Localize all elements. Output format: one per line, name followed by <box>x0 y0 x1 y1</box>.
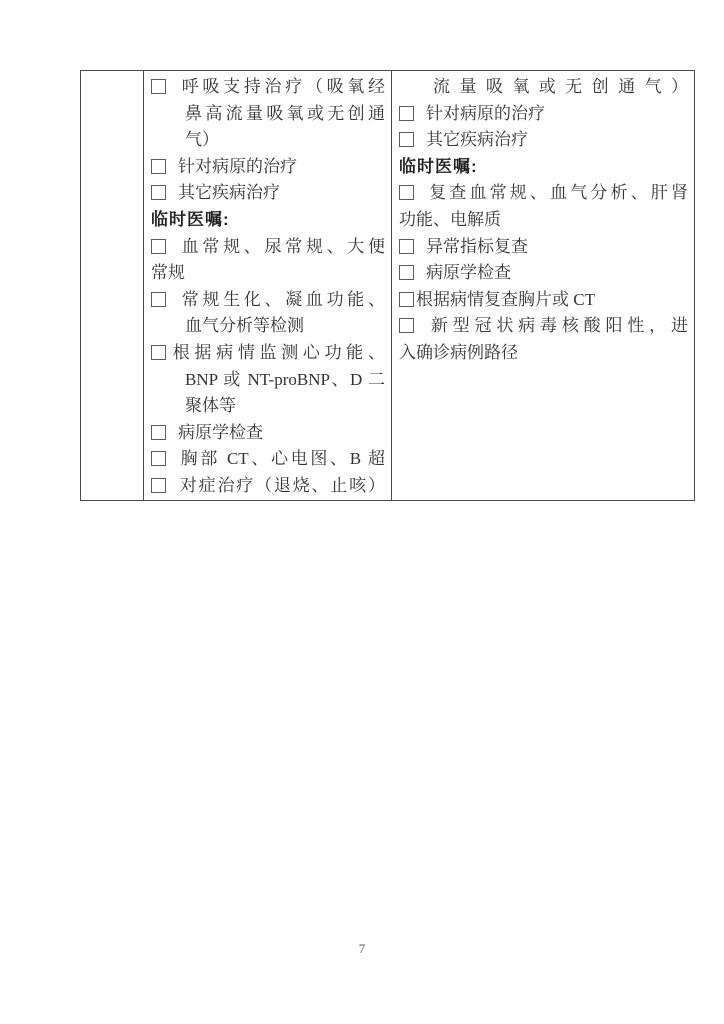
checkbox-item: 根据病情复查胸片或 CT <box>399 287 688 314</box>
line-text: 功能、电解质 <box>399 210 501 229</box>
orders-heading: 临时医嘱: <box>399 154 688 181</box>
checkbox-item: 病原学检查 <box>151 420 385 447</box>
checkbox-item: 呼吸支持治疗（吸氧经 <box>151 74 385 101</box>
line-text: 根据病情监测心功能、 <box>168 343 385 362</box>
checkbox-item: 其它疾病治疗 <box>151 180 385 207</box>
checkbox-icon[interactable] <box>151 185 166 200</box>
line-text: 胸部 CT、心电图、B 超 <box>178 449 385 468</box>
line-text: 针对病原的治疗 <box>178 157 297 176</box>
checkbox-item: 复查血常规、血气分析、肝肾 <box>399 180 688 207</box>
row-label-cell <box>81 71 144 501</box>
line-text: 临时医嘱: <box>151 210 230 229</box>
line-text: 入确诊病例路径 <box>399 343 518 362</box>
checkbox-icon[interactable] <box>399 106 414 121</box>
line-text: 临时医嘱: <box>399 157 478 176</box>
line-text: 异常指标复查 <box>426 237 528 256</box>
left-orders-cell: 呼吸支持治疗（吸氧经鼻高流量吸氧或无创通气）针对病原的治疗其它疾病治疗临时医嘱:… <box>144 71 392 501</box>
checkbox-item: 根据病情监测心功能、 <box>151 340 385 367</box>
checkbox-item: 血常规、尿常规、大便 <box>151 234 385 261</box>
order-text-line: 常规 <box>151 260 385 287</box>
line-text: 新型冠状病毒核酸阳性，进 <box>426 316 688 335</box>
line-text: 复查血常规、血气分析、肝肾 <box>426 183 688 202</box>
right-orders-lines: 流量吸氧或无创通气）针对病原的治疗其它疾病治疗临时医嘱:复查血常规、血气分析、肝… <box>399 74 688 367</box>
orders-row: 呼吸支持治疗（吸氧经鼻高流量吸氧或无创通气）针对病原的治疗其它疾病治疗临时医嘱:… <box>81 71 695 501</box>
order-text-line: 功能、电解质 <box>399 207 688 234</box>
checkbox-item: 新型冠状病毒核酸阳性，进 <box>399 313 688 340</box>
checkbox-icon[interactable] <box>399 132 414 147</box>
right-orders-cell: 流量吸氧或无创通气）针对病原的治疗其它疾病治疗临时医嘱:复查血常规、血气分析、肝… <box>392 71 695 501</box>
checkbox-icon[interactable] <box>399 318 414 333</box>
checkbox-icon[interactable] <box>151 345 166 360</box>
order-text-line: 气） <box>151 127 385 154</box>
checkbox-item: 胸部 CT、心电图、B 超 <box>151 446 385 473</box>
line-text: 根据病情复查胸片或 CT <box>416 290 595 309</box>
line-text: BNP 或 NT-proBNP、D 二 <box>185 370 385 389</box>
checkbox-item: 异常指标复查 <box>399 234 688 261</box>
line-text: 鼻高流量吸氧或无创通 <box>185 104 385 123</box>
checkbox-item: 其它疾病治疗 <box>399 127 688 154</box>
checkbox-item: 针对病原的治疗 <box>151 154 385 181</box>
order-text-line: 流量吸氧或无创通气） <box>399 74 688 101</box>
line-text: 针对病原的治疗 <box>426 104 545 123</box>
orders-heading: 临时医嘱: <box>151 207 385 234</box>
line-text: 病原学检查 <box>178 423 263 442</box>
checkbox-item: 对症治疗（退烧、止咳） <box>151 473 385 500</box>
order-text-line: 鼻高流量吸氧或无创通 <box>151 101 385 128</box>
order-text-line: 聚体等 <box>151 393 385 420</box>
line-text: 呼吸支持治疗（吸氧经 <box>178 77 385 96</box>
line-text: 血常规、尿常规、大便 <box>178 237 385 256</box>
checkbox-icon[interactable] <box>151 292 166 307</box>
line-text: 其它疾病治疗 <box>426 130 528 149</box>
checkbox-icon[interactable] <box>151 159 166 174</box>
line-text: 血气分析等检测 <box>185 316 304 335</box>
medical-orders-table: 呼吸支持治疗（吸氧经鼻高流量吸氧或无创通气）针对病原的治疗其它疾病治疗临时医嘱:… <box>80 70 695 501</box>
checkbox-icon[interactable] <box>151 478 166 493</box>
left-orders-lines: 呼吸支持治疗（吸氧经鼻高流量吸氧或无创通气）针对病原的治疗其它疾病治疗临时医嘱:… <box>151 74 385 500</box>
checkbox-item: 病原学检查 <box>399 260 688 287</box>
order-text-line: 入确诊病例路径 <box>399 340 688 367</box>
checkbox-item: 常规生化、凝血功能、 <box>151 287 385 314</box>
checkbox-icon[interactable] <box>151 451 166 466</box>
checkbox-icon[interactable] <box>399 239 414 254</box>
line-text: 其它疾病治疗 <box>178 183 280 202</box>
order-text-line: BNP 或 NT-proBNP、D 二 <box>151 367 385 394</box>
line-text: 聚体等 <box>185 396 236 415</box>
line-text: 对症治疗（退烧、止咳） <box>178 476 385 495</box>
line-text: 病原学检查 <box>426 263 511 282</box>
line-text: 常规 <box>151 263 185 282</box>
line-text: 气） <box>185 130 219 149</box>
checkbox-icon[interactable] <box>399 185 414 200</box>
checkbox-item: 针对病原的治疗 <box>399 101 688 128</box>
checkbox-icon[interactable] <box>399 292 414 307</box>
checkbox-icon[interactable] <box>151 239 166 254</box>
page-number: 7 <box>0 941 724 957</box>
line-text: 流量吸氧或无创通气） <box>433 77 688 96</box>
checkbox-icon[interactable] <box>151 425 166 440</box>
document-page: 呼吸支持治疗（吸氧经鼻高流量吸氧或无创通气）针对病原的治疗其它疾病治疗临时医嘱:… <box>0 0 724 1024</box>
line-text: 常规生化、凝血功能、 <box>178 290 385 309</box>
checkbox-icon[interactable] <box>151 79 166 94</box>
checkbox-icon[interactable] <box>399 265 414 280</box>
order-text-line: 血气分析等检测 <box>151 313 385 340</box>
